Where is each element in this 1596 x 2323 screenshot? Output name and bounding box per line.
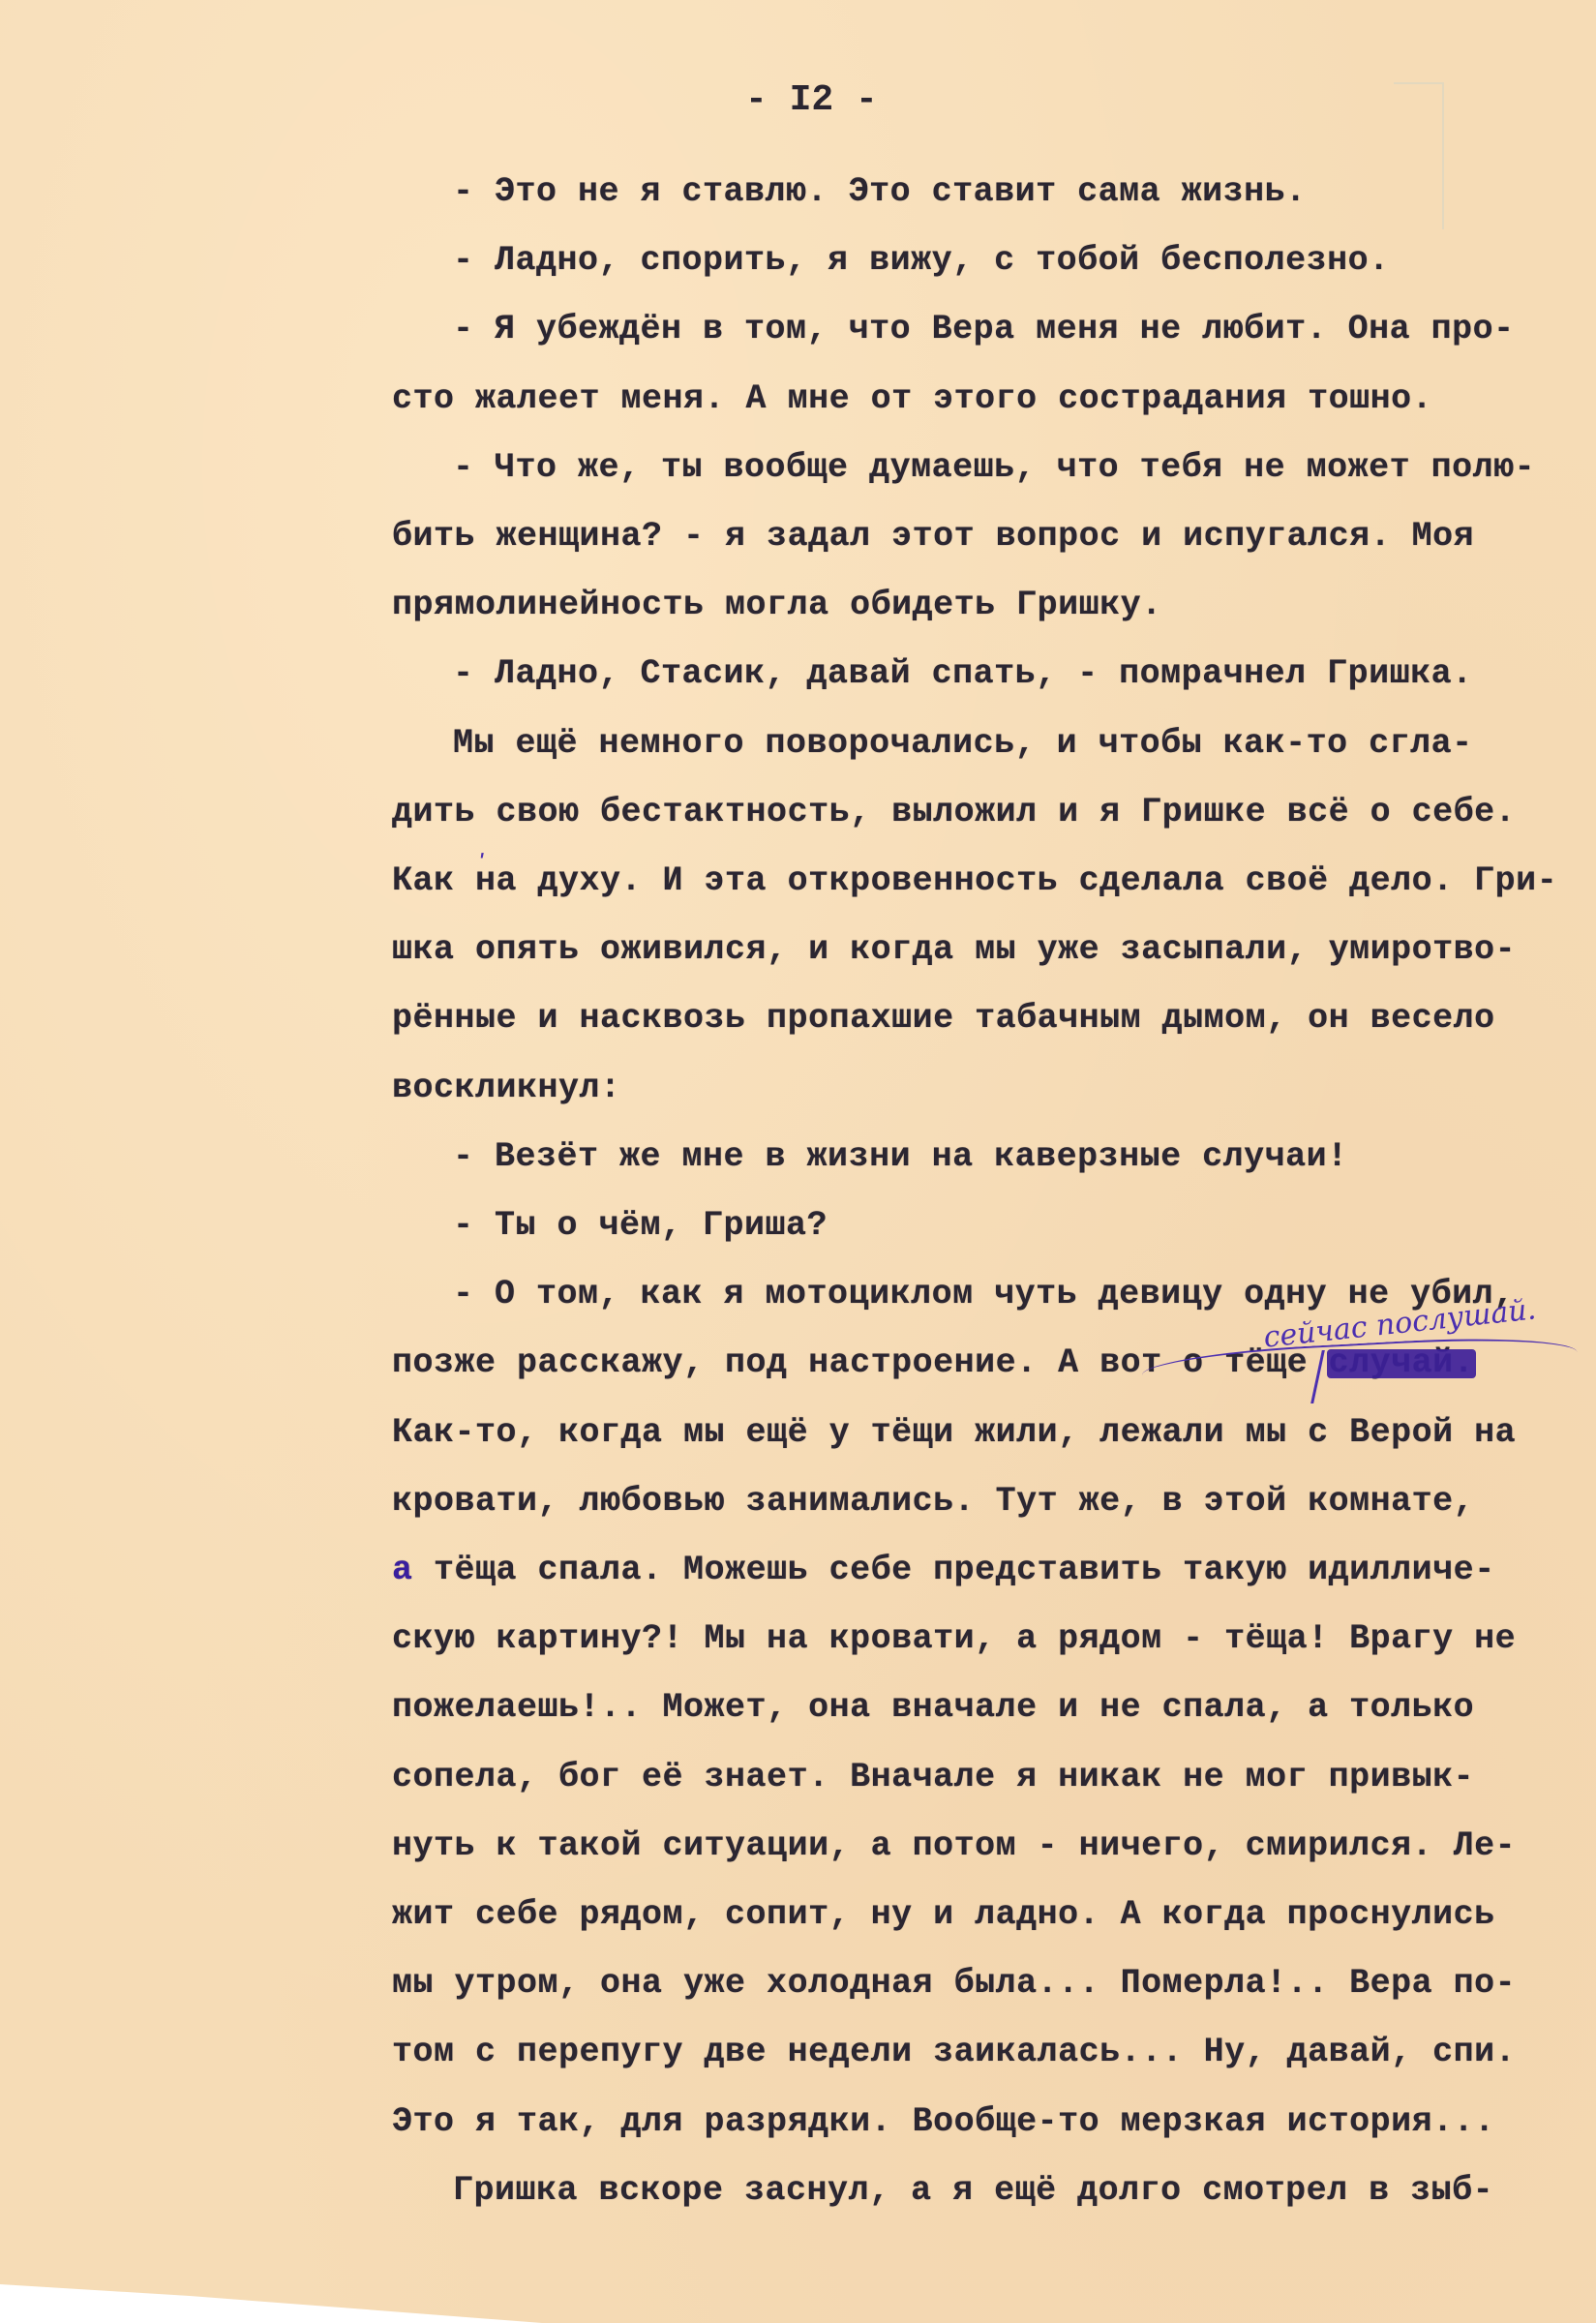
text-line-content: - Я убеждён в том, что Вера меня не люби… [453,310,1515,348]
text-line-content: сопела, бог её знает. Вначале я никак не… [392,1758,1474,1796]
text-line-content: мы утром, она уже холодная была... Помер… [392,1964,1516,2003]
text-line: мы утром, она уже холодная была... Помер… [392,1964,1516,2003]
text-line-content: - Ты о чём, Гриша? [453,1206,828,1245]
text-line-content: рённые и насквозь пропахшие табачным дым… [392,999,1495,1038]
text-line-content: - Ладно, Стасик, давай спать, - помрачне… [453,654,1473,693]
text-line: рённые и насквозь пропахшие табачным дым… [392,999,1495,1038]
text-line: прямолинейность могла обидеть Гришку. [392,586,1162,624]
text-line-content: бить женщина? - я задал этот вопрос и ис… [392,517,1474,556]
text-line: скую картину?! Мы на кровати, а рядом - … [392,1619,1516,1658]
text-line: дить свою бестактность, выложил и я Гриш… [392,793,1516,831]
ink-correction: а [392,1551,413,1589]
text-line: - О том, как я мотоциклом чуть девицу од… [453,1275,1515,1313]
text-line-content: скую картину?! Мы на кровати, а рядом - … [392,1619,1516,1658]
text-line: Гришка вскоре заснул, а я ещё долго смот… [453,2171,1493,2210]
text-line-content: Гришка вскоре заснул, а я ещё долго смот… [453,2171,1493,2210]
text-line-content: - О том, как я мотоциклом чуть девицу од… [453,1275,1515,1313]
page-number-text: - I2 - [745,79,878,121]
text-line: а тёща спала. Можешь себе представить та… [392,1551,1495,1589]
text-line: нуть к такой ситуации, а потом - ничего,… [392,1826,1516,1865]
text-line: - Ты о чём, Гриша? [453,1206,828,1245]
text-line-content: - Что же, ты вообще думаешь, что тебя не… [453,448,1535,487]
text-line-content: дить свою бестактность, выложил и я Гриш… [392,793,1516,831]
text-line-content: - Это не я ставлю. Это ставит сама жизнь… [453,172,1307,211]
text-line: шка опять оживился, и когда мы уже засып… [392,930,1516,969]
text-line: - Я убеждён в том, что Вера меня не люби… [453,310,1515,348]
text-line-content: том с перепугу две недели заикалась... Н… [392,2033,1516,2071]
faint-bleed-through-mark [1394,82,1444,229]
text-line: сто жалеет меня. А мне от этого сострада… [392,379,1432,418]
text-line-content: Мы ещё немного поворочались, и чтобы как… [453,724,1473,763]
text-line: Мы ещё немного поворочались, и чтобы как… [453,724,1473,763]
scan-corner [0,2284,542,2323]
text-line-content: тёща спала. Можешь себе представить таку… [413,1551,1495,1589]
text-line-content: шка опять оживился, и когда мы уже засып… [392,930,1516,969]
text-line-content: прямолинейность могла обидеть Гришку. [392,586,1162,624]
text-line: Как-то, когда мы ещё у тёщи жили, лежали… [392,1413,1516,1452]
text-line: - Это не я ставлю. Это ставит сама жизнь… [453,172,1307,211]
text-line: - Ладно, Стасик, давай спать, - помрачне… [453,654,1473,693]
text-line: - Ладно, спорить, я вижу, с тобой беспол… [453,241,1390,280]
accent-mark-icon: ʹ [479,852,486,876]
text-line: Как на духу. И эта откровенность сделала… [392,861,1557,900]
text-line: кровати, любовью занимались. Тут же, в э… [392,1482,1474,1521]
text-line: жит себе рядом, сопит, ну и ладно. А ког… [392,1895,1495,1934]
text-line-content: - Ладно, спорить, я вижу, с тобой беспол… [453,241,1390,280]
text-line: бить женщина? - я задал этот вопрос и ис… [392,517,1474,556]
text-line-content: - Везёт же мне в жизни на каверзные случ… [453,1137,1348,1176]
text-line: - Что же, ты вообще думаешь, что тебя не… [453,448,1535,487]
text-line-content: жит себе рядом, сопит, ну и ладно. А ког… [392,1895,1495,1934]
text-line: пожелаешь!.. Может, она вначале и не спа… [392,1688,1474,1727]
text-line-content: Как на духу. И эта откровенность сделала… [392,861,1557,900]
text-line-content: сто жалеет меня. А мне от этого сострада… [392,379,1432,418]
text-line-content: Как-то, когда мы ещё у тёщи жили, лежали… [392,1413,1516,1452]
text-line-content: нуть к такой ситуации, а потом - ничего,… [392,1826,1516,1865]
text-line-content: пожелаешь!.. Может, она вначале и не спа… [392,1688,1474,1727]
text-line: воскликнул: [392,1069,621,1107]
text-line-content: воскликнул: [392,1069,621,1107]
text-line: - Везёт же мне в жизни на каверзные случ… [453,1137,1348,1176]
text-line: Это я так, для разрядки. Вообще-то мерзк… [392,2102,1495,2141]
text-line-content: кровати, любовью занимались. Тут же, в э… [392,1482,1474,1521]
text-line: том с перепугу две недели заикалась... Н… [392,2033,1516,2071]
text-line-content: Это я так, для разрядки. Вообще-то мерзк… [392,2102,1495,2141]
text-line: сопела, бог её знает. Вначале я никак не… [392,1758,1474,1796]
